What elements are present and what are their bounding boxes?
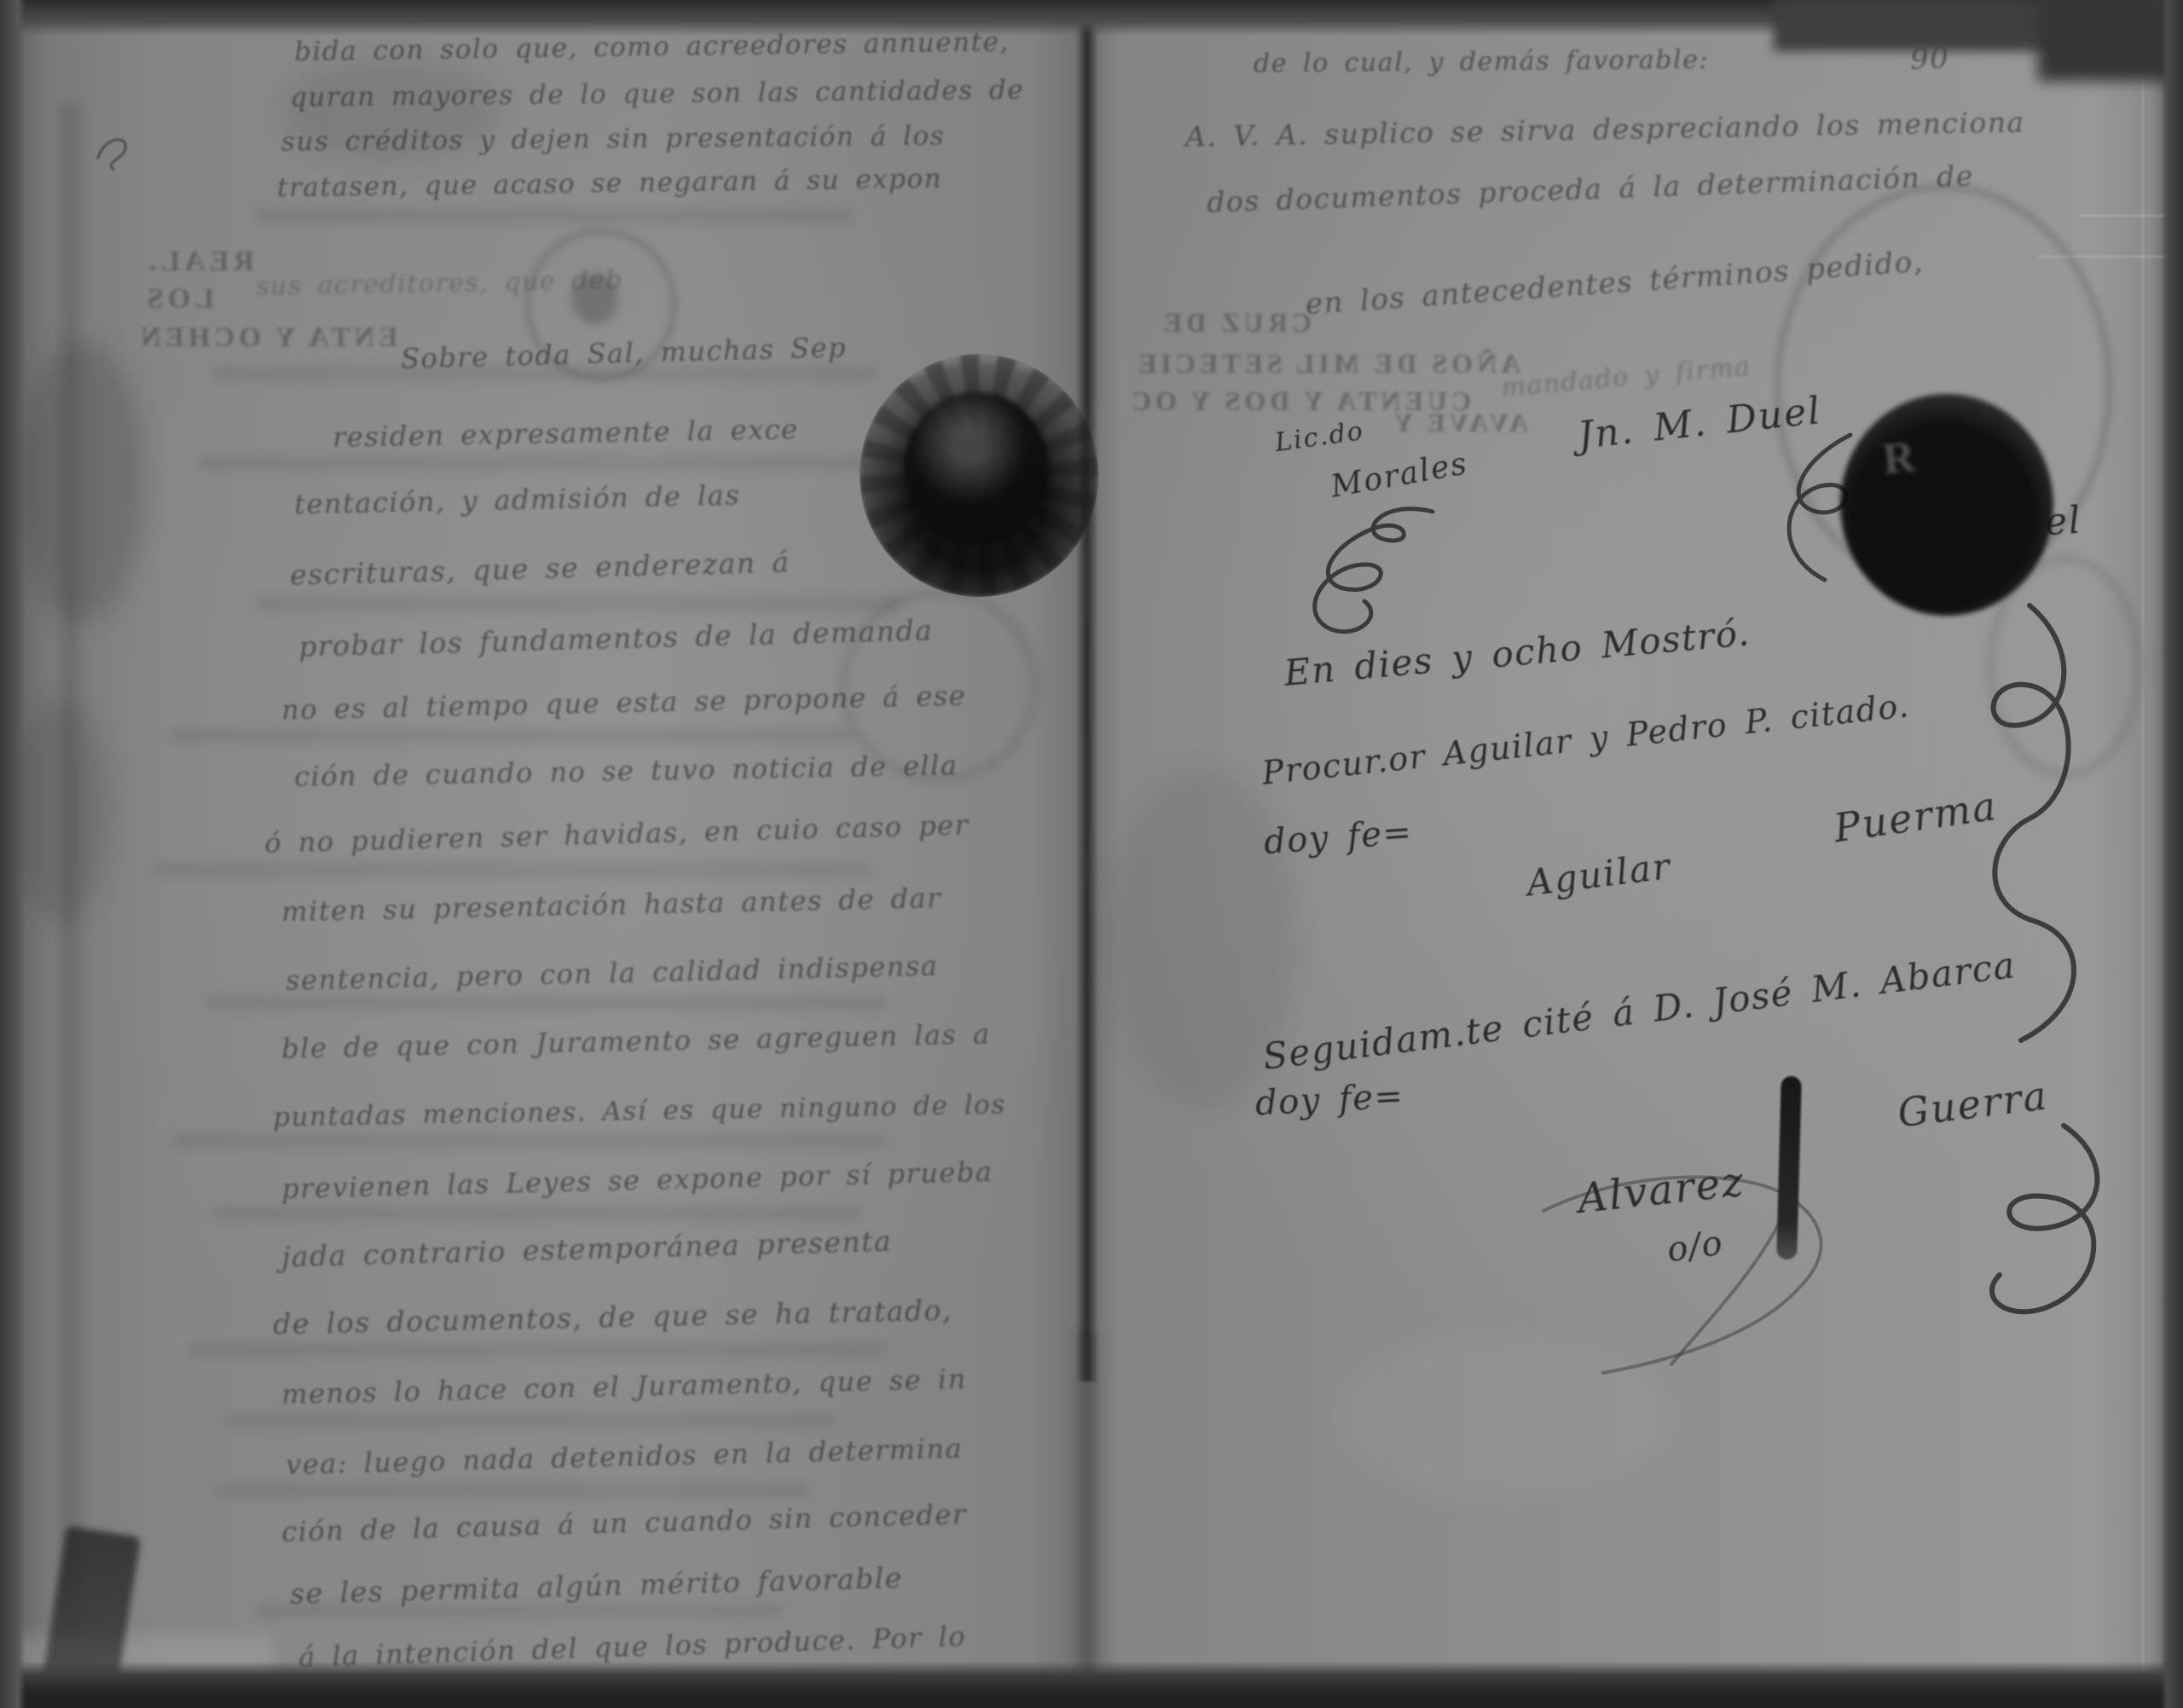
bleedthrough-smudge [188,1343,887,1357]
bleedthrough-smudge [213,1207,861,1220]
stray-word: el [2044,502,2083,542]
manuscript-line: de lo cual, y demás favorable: [1254,48,1709,78]
manuscript-scan: bida con solo que, como acreedores annue… [0,0,2183,1708]
bleedthrough-smudge [256,209,853,223]
bleedthrough-smudge [256,597,904,611]
bleedthrough-print: AVAVE Y [1390,408,1528,438]
manuscript-line: residen expresamente la exce [333,415,799,451]
book-gutter [1076,0,1098,1381]
bleedthrough-print: AÑOS DE MIL SETECIE [1134,348,1520,379]
bleedthrough-smudge [256,1605,785,1617]
bleedthrough-print: REAL. [145,246,254,278]
paraph-flourish [1509,1160,1867,1381]
stain [17,341,145,622]
bleedthrough-smudge [153,863,870,877]
manuscript-line: quran mayores de lo que son las cantidad… [290,77,1024,111]
stain [9,699,111,921]
seal-monogram: R [1880,426,1962,485]
stamp-echo-core [571,273,618,324]
bleedthrough-smudge [222,1414,836,1427]
seal-echo-ring [840,588,1039,783]
page-edge-crease [2142,26,2144,1671]
bleedthrough-print: CRUZ DE [1160,307,1312,339]
manuscript-line: tentación, y admisión de las [294,482,741,518]
bleedthrough-smudge [171,1134,887,1148]
rubric-flourish [1961,1117,2132,1339]
ink-seal-left-core [904,392,1049,546]
book-gutter-fade [1071,1330,1103,1705]
bleedthrough-smudge [213,367,878,380]
manuscript-line: sus créditos y dejen sin presentación á … [281,124,945,156]
crease [2081,215,2183,217]
paraph-mark: o/o [1665,1226,1726,1268]
bleedthrough-print: ENTA Y OCHEN [136,322,397,354]
bleedthrough-smudge [171,729,853,743]
bleedthrough-smudge [213,1484,810,1497]
bleedthrough-smudge [196,456,895,470]
bleedthrough-smudge [205,996,887,1010]
page-number: 90 [1909,43,1949,74]
manuscript-line: doy fe= [1254,1079,1404,1120]
stray-squiggle [90,128,141,179]
manuscript-line: doy fe= [1263,815,1414,860]
bleedthrough-print: LOS [143,283,214,316]
